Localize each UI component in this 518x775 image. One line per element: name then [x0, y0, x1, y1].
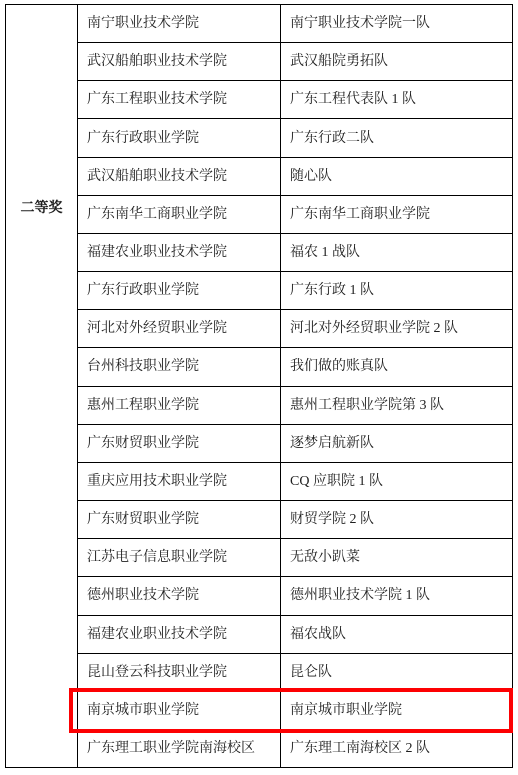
team-cell: 福农战队 [281, 616, 512, 653]
team-cell: 广东南华工商职业学院 [281, 196, 512, 233]
table-row: 广东南华工商职业学院广东南华工商职业学院 [78, 195, 512, 233]
table-row: 福建农业职业技术学院福农 1 战队 [78, 233, 512, 271]
team-cell: 昆仑队 [281, 654, 512, 691]
school-cell: 河北对外经贸职业学院 [78, 310, 281, 347]
school-cell: 福建农业职业技术学院 [78, 234, 281, 271]
award-column: 二等奖 [6, 5, 78, 767]
school-cell: 德州职业技术学院 [78, 577, 281, 614]
team-cell: 惠州工程职业学院第 3 队 [281, 387, 512, 424]
school-cell: 南京城市职业学院 [78, 692, 281, 729]
team-cell: 财贸学院 2 队 [281, 501, 512, 538]
team-cell: 无敌小趴菜 [281, 539, 512, 576]
table-row: 广东理工职业学院南海校区广东理工南海校区 2 队 [78, 729, 512, 767]
table-row: 广东行政职业学院广东行政二队 [78, 118, 512, 156]
school-cell: 福建农业职业技术学院 [78, 616, 281, 653]
school-cell: 武汉船舶职业技术学院 [78, 158, 281, 195]
team-cell: 广东工程代表队 1 队 [281, 81, 512, 118]
table-row: 昆山登云科技职业学院昆仑队 [78, 653, 512, 691]
school-cell: 广东财贸职业学院 [78, 501, 281, 538]
team-cell: 我们做的账真队 [281, 348, 512, 385]
table-row: 江苏电子信息职业学院无敌小趴菜 [78, 538, 512, 576]
school-cell: 广东南华工商职业学院 [78, 196, 281, 233]
team-cell: 德州职业技术学院 1 队 [281, 577, 512, 614]
school-cell: 南宁职业技术学院 [78, 5, 281, 42]
table-row: 广东行政职业学院广东行政 1 队 [78, 271, 512, 309]
rows-column: 南宁职业技术学院南宁职业技术学院一队武汉船舶职业技术学院武汉船院勇拓队广东工程职… [78, 5, 512, 767]
team-cell: 福农 1 战队 [281, 234, 512, 271]
team-cell: 广东理工南海校区 2 队 [281, 730, 512, 767]
team-cell: 武汉船院勇拓队 [281, 43, 512, 80]
table-row: 武汉船舶职业技术学院随心队 [78, 157, 512, 195]
team-cell: 南京城市职业学院 [281, 692, 512, 729]
table-row: 惠州工程职业学院惠州工程职业学院第 3 队 [78, 386, 512, 424]
table-row: 广东工程职业技术学院广东工程代表队 1 队 [78, 80, 512, 118]
document-page: 二等奖 南宁职业技术学院南宁职业技术学院一队武汉船舶职业技术学院武汉船院勇拓队广… [0, 0, 518, 775]
table-row: 河北对外经贸职业学院河北对外经贸职业学院 2 队 [78, 309, 512, 347]
table-row: 重庆应用技术职业学院CQ 应职院 1 队 [78, 462, 512, 500]
team-cell: 广东行政二队 [281, 119, 512, 156]
team-cell: 逐梦启航新队 [281, 425, 512, 462]
school-cell: 广东财贸职业学院 [78, 425, 281, 462]
school-cell: 广东行政职业学院 [78, 119, 281, 156]
team-cell: 随心队 [281, 158, 512, 195]
team-cell: 南宁职业技术学院一队 [281, 5, 512, 42]
school-cell: 惠州工程职业学院 [78, 387, 281, 424]
table-row: 武汉船舶职业技术学院武汉船院勇拓队 [78, 42, 512, 80]
team-cell: 河北对外经贸职业学院 2 队 [281, 310, 512, 347]
school-cell: 昆山登云科技职业学院 [78, 654, 281, 691]
awards-table: 二等奖 南宁职业技术学院南宁职业技术学院一队武汉船舶职业技术学院武汉船院勇拓队广… [5, 4, 513, 768]
table-row: 台州科技职业学院我们做的账真队 [78, 347, 512, 385]
award-tier-label: 二等奖 [6, 201, 77, 217]
team-cell: CQ 应职院 1 队 [281, 463, 512, 500]
table-row: 广东财贸职业学院逐梦启航新队 [78, 424, 512, 462]
table-row: 南京城市职业学院南京城市职业学院 [78, 691, 512, 729]
team-cell: 广东行政 1 队 [281, 272, 512, 309]
school-cell: 武汉船舶职业技术学院 [78, 43, 281, 80]
table-row: 德州职业技术学院德州职业技术学院 1 队 [78, 576, 512, 614]
school-cell: 江苏电子信息职业学院 [78, 539, 281, 576]
table-row: 南宁职业技术学院南宁职业技术学院一队 [78, 5, 512, 42]
school-cell: 广东工程职业技术学院 [78, 81, 281, 118]
school-cell: 台州科技职业学院 [78, 348, 281, 385]
table-row: 广东财贸职业学院财贸学院 2 队 [78, 500, 512, 538]
school-cell: 广东行政职业学院 [78, 272, 281, 309]
school-cell: 重庆应用技术职业学院 [78, 463, 281, 500]
school-cell: 广东理工职业学院南海校区 [78, 730, 281, 767]
table-row: 福建农业职业技术学院福农战队 [78, 615, 512, 653]
